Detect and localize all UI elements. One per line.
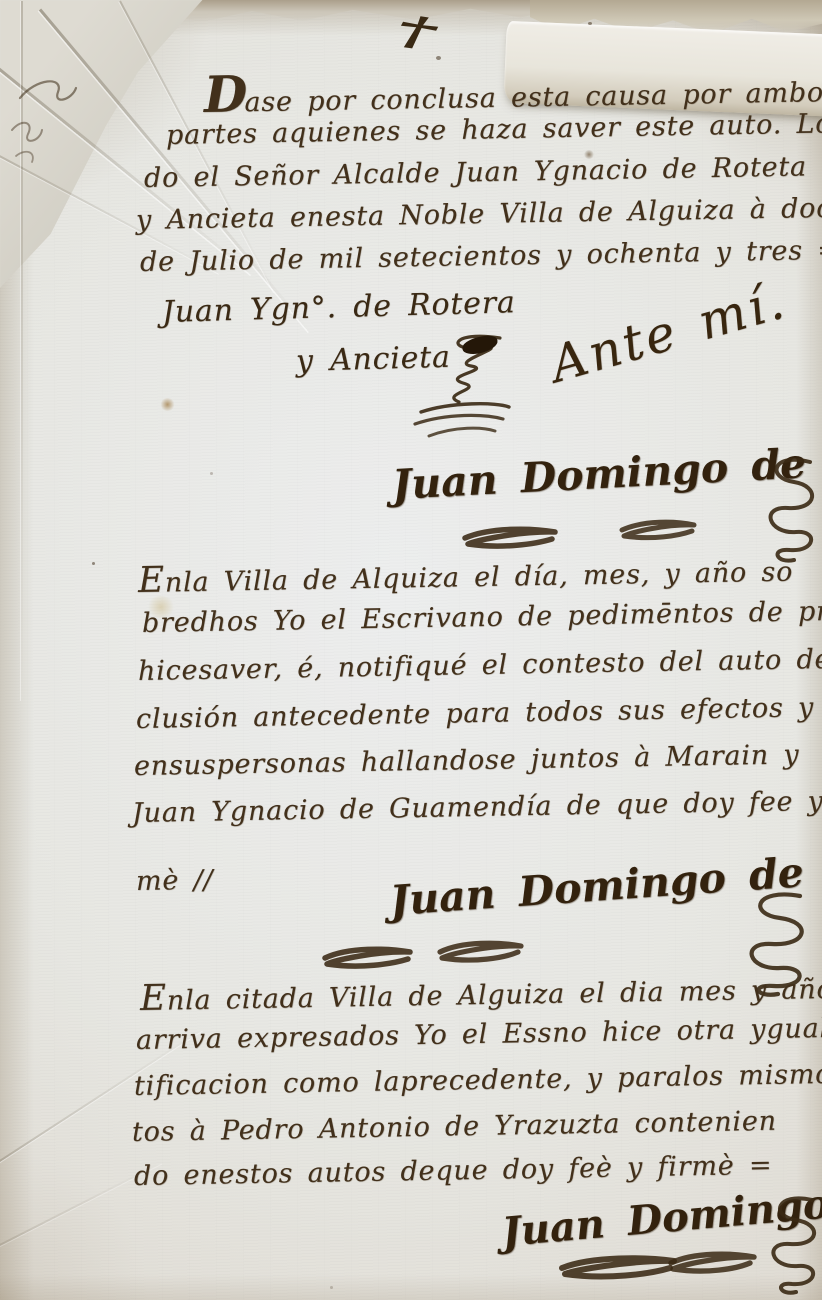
notif2-line-2: arriva expresados Yo el Essno hice otra … xyxy=(136,1012,822,1056)
notif1-line-4: clusión antecedente para todos sus efect… xyxy=(136,692,815,735)
auto-line-4: y Ancieta enesta Noble Villa de Alguiza … xyxy=(136,193,822,236)
invocation-cross-icon: † xyxy=(394,5,440,57)
notif1-line-7: mè // xyxy=(136,865,214,897)
notif2-line-1: Enla citada Villa de Alguiza el dia mes … xyxy=(140,966,822,1019)
auto-line-3: do el Señor Alcalde Juan Ygnacio de Rote… xyxy=(144,151,807,194)
ante-mi-attestation: Ante mí. xyxy=(544,272,793,394)
notif1-line-3: hicesaver, é, notifiqué el contesto del … xyxy=(138,643,822,687)
signature-underline-rubric xyxy=(556,1250,681,1284)
speck xyxy=(588,22,592,25)
notif2-line-5: do enestos autos deque doy feè y firmè = xyxy=(134,1150,773,1192)
notif2-line-4: tos à Pedro Antonio de Yrazuzta contenie… xyxy=(132,1106,777,1148)
signature-underline-rubric xyxy=(436,936,526,968)
notif2-line-3: tificacion como laprecedente, y paralos … xyxy=(134,1057,822,1102)
speck xyxy=(330,1286,333,1289)
signature-underline-rubric xyxy=(320,942,415,974)
speck xyxy=(210,472,213,475)
notif1-line-2: bredhos Yo el Escrivano de pedimēntos de… xyxy=(142,595,822,639)
signature-underline-rubric xyxy=(460,522,560,554)
notif1-line-6: Juan Ygnacio de Guamendía de que doy fee… xyxy=(132,785,822,829)
notif1-line-1: Enla Villa de Alquiza el día, mes, y año… xyxy=(138,549,794,601)
speck xyxy=(436,56,441,60)
speck xyxy=(92,562,95,565)
ink-stain xyxy=(160,398,175,411)
manuscript-page: † Dase por conclusa esta causa por ambos… xyxy=(0,0,822,1300)
alcalde-signature-line-1: Juan Ygn°. de Rotera xyxy=(162,286,517,330)
signature-underline-rubric xyxy=(618,516,698,544)
auto-line-5: de Julio de mil setecientos y ochenta y … xyxy=(140,235,822,278)
signature-end-paraph xyxy=(736,1192,822,1297)
bleedthrough-writing-marks xyxy=(6,60,96,170)
notif1-line-5: ensuspersonas hallandose juntos à Marain… xyxy=(134,739,800,782)
